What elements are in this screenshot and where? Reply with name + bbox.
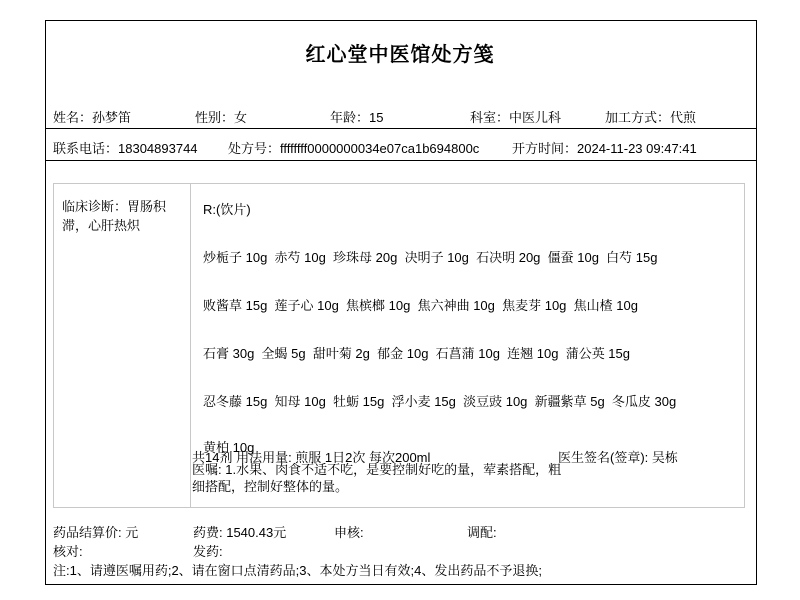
settle-price: 药品结算价: 元 — [53, 522, 138, 541]
medicine-line: 石膏 30g 全蝎 5g 甜叶菊 2g 郁金 10g 石菖蒲 10g 连翘 10… — [203, 343, 630, 362]
dispense-field: 发药: — [193, 541, 223, 560]
medicine-line: 炒栀子 10g 赤芍 10g 珍珠母 20g 决明子 10g 石决明 20g 僵… — [203, 247, 657, 266]
prescription-table-divider — [190, 183, 191, 508]
check-field: 核对: — [53, 541, 83, 560]
prepare-field: 调配: — [467, 522, 497, 541]
prescription-number: 处方号：ffffffff0000000034e07ca1b694800c — [228, 138, 479, 157]
department: 科室：中医儿科 — [470, 107, 561, 126]
medicine-line: 败酱草 15g 莲子心 10g 焦槟榔 10g 焦六神曲 10g 焦麦芽 10g… — [203, 295, 638, 314]
processing-method: 加工方式：代煎 — [605, 107, 696, 126]
patient-gender: 性别：女 — [195, 107, 247, 126]
medicine-line: 忍冬藤 15g 知母 10g 牡蛎 15g 浮小麦 15g 淡豆豉 10g 新疆… — [203, 391, 676, 410]
review-field: 申核: — [334, 522, 364, 541]
patient-age: 年龄：15 — [330, 107, 383, 126]
header-separator-2 — [45, 160, 757, 161]
contact-phone: 联系电话：18304893744 — [53, 138, 198, 157]
medical-advice: 医嘱: 1.水果、肉食不适不吃，是要控制好吃的量，荤素搭配，粗 细搭配，控制好整… — [192, 461, 662, 495]
medicine-fee: 药费: 1540.43元 — [193, 522, 286, 541]
clinical-diagnosis: 临床诊断：胃肠积 滞，心肝热炽 — [62, 197, 186, 235]
header-separator-1 — [45, 128, 757, 129]
open-time: 开方时间：2024-11-23 09:47:41 — [512, 138, 697, 157]
page-title: 红心堂中医馆处方笺 — [0, 38, 800, 67]
patient-name: 姓名：孙梦笛 — [53, 107, 131, 126]
footer-note: 注:1、请遵医嘱用药;2、请在窗口点清药品;3、本处方当日有效;4、发出药品不予… — [53, 560, 542, 579]
rx-header: R:(饮片) — [203, 199, 251, 218]
